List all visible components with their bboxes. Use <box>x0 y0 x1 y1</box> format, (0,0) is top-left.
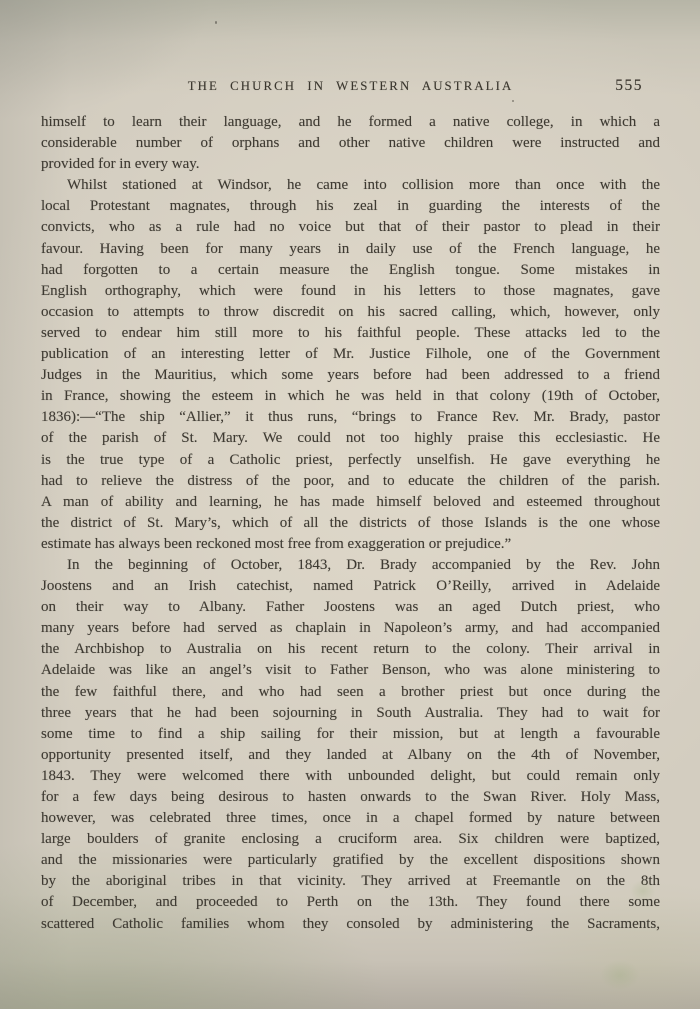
text-line: of the parish of St. Mary. We could not … <box>41 428 660 449</box>
text-line: occasion to attempts to throw discredit … <box>41 302 660 323</box>
paragraph: Whilst stationed at Windsor, he came int… <box>41 175 660 555</box>
text-line: some time to find a ship sailing for the… <box>41 724 660 745</box>
text-line: the few faithful there, and who had seen… <box>41 682 660 703</box>
text-line: the district of St. Mary’s, which of all… <box>41 513 660 534</box>
text-line: large boulders of granite enclosing a cr… <box>41 829 660 850</box>
text-line: favour. Having been for many years in da… <box>41 239 660 260</box>
text-line: 1836):—“The ship “Allier,” it thus runs,… <box>41 407 660 428</box>
text-line: on their way to Albany. Father Joostens … <box>41 597 660 618</box>
scanned-book-page: THE CHURCH IN WESTERN AUSTRALIA 555 hims… <box>0 0 700 1009</box>
text-line: of December, and proceeded to Perth on t… <box>41 892 660 913</box>
text-line: 1843. They were welcomed there with unbo… <box>41 766 660 787</box>
text-line: had to relieve the distress of the poor,… <box>41 471 660 492</box>
text-line: English orthography, which were found in… <box>41 281 660 302</box>
paper-stain <box>630 880 656 902</box>
page-header: THE CHURCH IN WESTERN AUSTRALIA 555 <box>41 79 660 99</box>
text-line: Judges in the Mauritius, which some year… <box>41 365 660 386</box>
text-line: is the true type of a Catholic priest, p… <box>41 450 660 471</box>
paragraph: himself to learn their language, and he … <box>41 112 660 175</box>
running-title: THE CHURCH IN WESTERN AUSTRALIA <box>41 79 660 94</box>
text-line: by the aboriginal tribes in that vicinit… <box>41 871 660 892</box>
text-line: however, was celebrated three times, onc… <box>41 808 660 829</box>
text-line: himself to learn their language, and he … <box>41 112 660 133</box>
text-line: had forgotten to a certain measure the E… <box>41 260 660 281</box>
text-line: considerable number of orphans and other… <box>41 133 660 154</box>
text-line: publication of an interesting letter of … <box>41 344 660 365</box>
text-line: A man of ability and learning, he has ma… <box>41 492 660 513</box>
text-line: convicts, who as a rule had no voice but… <box>41 217 660 238</box>
text-line: Whilst stationed at Windsor, he came int… <box>41 175 660 196</box>
text-line: In the beginning of October, 1843, Dr. B… <box>41 555 660 576</box>
paper-speck <box>512 100 514 102</box>
text-line: scattered Catholic families whom they co… <box>41 914 660 935</box>
paragraph: In the beginning of October, 1843, Dr. B… <box>41 555 660 935</box>
text-line: the Archbishop to Australia on his recen… <box>41 639 660 660</box>
text-line: estimate has always been reckoned most f… <box>41 534 660 555</box>
paper-speck <box>215 21 217 24</box>
text-line: local Protestant magnates, through his z… <box>41 196 660 217</box>
text-line: served to endear him still more to his f… <box>41 323 660 344</box>
text-line: provided for in every way. <box>41 154 660 175</box>
page-number: 555 <box>615 77 643 95</box>
text-line: and the missionaries were particularly g… <box>41 850 660 871</box>
paper-stain <box>600 960 640 990</box>
text-block: himself to learn their language, and he … <box>41 112 660 935</box>
text-line: many years before had served as chaplain… <box>41 618 660 639</box>
text-line: Joostens and an Irish catechist, named P… <box>41 576 660 597</box>
text-line: Adelaide was like an angel’s visit to Fa… <box>41 660 660 681</box>
text-line: for a few days being desirous to hasten … <box>41 787 660 808</box>
text-line: opportunity presented itself, and they l… <box>41 745 660 766</box>
text-line: three years that he had been sojourning … <box>41 703 660 724</box>
text-line: in France, showing the esteem in which h… <box>41 386 660 407</box>
